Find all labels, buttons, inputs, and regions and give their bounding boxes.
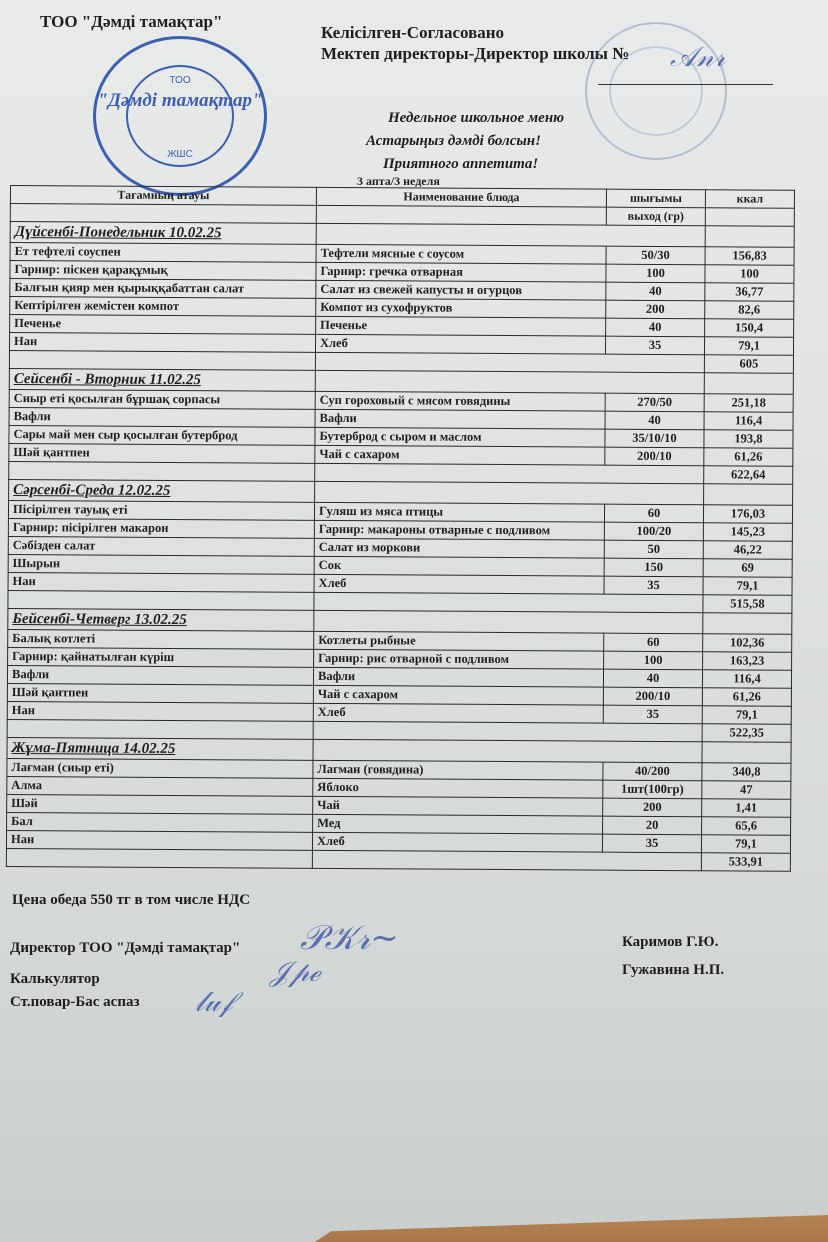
day-header-blank (316, 223, 705, 246)
total-blank (8, 590, 314, 610)
total-blank (6, 848, 312, 868)
dish-yield: 40 (605, 411, 704, 430)
total-blank (7, 719, 313, 739)
dish-kcal: 79,1 (704, 337, 793, 356)
dish-name-ru: Гарнир: гречка отварная (316, 262, 606, 282)
dish-kcal: 102,36 (703, 634, 792, 653)
dish-kcal: 116,4 (704, 412, 793, 431)
dish-name-ru: Бутерброд с сыром и маслом (315, 427, 605, 447)
calculator-signature-icon: 𝒥𝓅ℯ (270, 955, 320, 989)
wish-ru: Приятного аппетита! (383, 156, 538, 173)
dish-name-kz: Шәй қантпен (7, 683, 313, 703)
total-blank-2 (312, 850, 701, 870)
wish-kz: Астарыңыз дәмді болсын! (366, 133, 541, 150)
dish-name-kz: Нан (8, 572, 314, 592)
dish-name-kz: Шәй қантпен (9, 443, 315, 463)
column-header-kcal: ккал (705, 190, 794, 209)
dish-kcal: 46,22 (703, 541, 792, 560)
dish-kcal: 251,18 (704, 394, 793, 413)
dish-name-ru: Гарнир: рис отварной с подливом (314, 649, 604, 669)
day-total-kcal: 605 (704, 355, 793, 374)
dish-yield: 35/10/10 (605, 429, 704, 448)
dish-name-ru: Тефтели мясные с соусом (316, 244, 606, 264)
dish-name-kz: Гарнир: қайнатылған күріш (8, 647, 314, 667)
stamp-top-text: ТОО (96, 75, 264, 86)
total-blank-2 (315, 352, 704, 372)
dish-yield: 40/200 (603, 762, 702, 781)
signatory-role-director: Директор ТОО "Дәмді тамақтар" (10, 940, 240, 957)
dish-yield: 200 (603, 798, 702, 817)
dish-kcal: 100 (705, 265, 794, 284)
signatory-name-calculator: Гужавина Н.П. (622, 962, 724, 979)
day-title: Сейсенбі - Вторник 11.02.25 (9, 368, 315, 391)
dish-yield: 35 (603, 705, 702, 724)
dish-name-ru: Чай с сахаром (315, 445, 605, 465)
dish-kcal: 61,26 (702, 688, 791, 707)
dish-name-ru: Хлеб (312, 832, 602, 852)
dish-kcal: 116,4 (702, 670, 791, 689)
dish-kcal: 340,8 (702, 763, 791, 782)
dish-kcal: 163,23 (703, 652, 792, 671)
dish-yield: 200 (606, 300, 705, 319)
menu-title: Недельное школьное меню (388, 110, 564, 127)
dish-yield: 200/10 (605, 447, 704, 466)
dish-kcal: 193,8 (704, 430, 793, 449)
dish-name-kz: Нан (6, 830, 312, 850)
dish-name-kz: Сары май мен сыр қосылған бутерброд (9, 425, 315, 445)
dish-kcal: 145,23 (703, 523, 792, 542)
dish-name-ru: Суп гороховый с мясом говядины (315, 391, 605, 411)
total-blank-2 (314, 592, 703, 612)
dish-kcal: 36,77 (705, 283, 794, 302)
total-blank-2 (315, 463, 704, 483)
dish-yield: 40 (606, 318, 705, 337)
dish-name-ru: Хлеб (314, 574, 604, 594)
dish-name-ru: Гарнир: макароны отварные с подливом (314, 520, 604, 540)
dish-yield: 60 (604, 633, 703, 652)
dish-yield: 35 (605, 336, 704, 355)
dish-name-ru: Чай с сахаром (313, 685, 603, 705)
approval-block: Келісілген-Согласовано Мектеп директоры-… (321, 22, 629, 64)
column-header-name-kz: Тағамның атауы (10, 186, 316, 206)
day-total-kcal: 515,58 (703, 595, 792, 614)
signatory-name-director: Каримов Г.Ю. (622, 934, 718, 951)
dish-yield: 50 (604, 540, 703, 559)
day-header-kcal-blank (703, 613, 792, 635)
dish-name-ru: Печенье (316, 316, 606, 336)
dish-yield: 100 (606, 264, 705, 283)
column-header-yield-kz: шығымы (606, 189, 705, 208)
dish-name-ru: Хлеб (315, 334, 605, 354)
dish-kcal: 156,83 (705, 247, 794, 266)
dish-name-ru: Салат из моркови (314, 538, 604, 558)
dish-name-ru: Вафли (313, 667, 603, 687)
day-header-kcal-blank (704, 373, 793, 395)
agreed-label: Келісілген-Согласовано (321, 22, 629, 43)
dish-yield: 270/50 (605, 393, 704, 412)
dish-kcal: 61,26 (704, 448, 793, 467)
day-total-kcal: 522,35 (702, 724, 791, 743)
dish-name-kz: Нан (9, 333, 315, 353)
dish-name-kz: Ет тефтелі соуспен (10, 243, 316, 263)
school-director-signature-icon: 𝒜𝓃𝓇 (670, 40, 725, 74)
dish-yield: 100/20 (604, 522, 703, 541)
day-title: Дүйсенбі-Понедельник 10.02.25 (10, 222, 316, 245)
dish-name-kz: Шәй (7, 794, 313, 814)
stamp-name: "Дәмді тамақтар" (96, 91, 264, 111)
dish-yield: 35 (604, 576, 703, 595)
dish-yield: 20 (603, 816, 702, 835)
dish-kcal: 1,41 (702, 799, 791, 818)
column-header-yield-ru: выход (гр) (606, 207, 705, 226)
dish-yield: 40 (606, 282, 705, 301)
dish-name-kz: Балық котлеті (8, 629, 314, 649)
total-blank-2 (313, 721, 702, 741)
dish-name-ru: Компот из сухофруктов (316, 298, 606, 318)
dish-name-kz: Бал (7, 812, 313, 832)
day-header-blank (313, 739, 702, 762)
dish-name-ru: Чай (313, 796, 603, 816)
day-title: Жұма-Пятница 14.02.25 (7, 737, 313, 760)
dish-name-kz: Пісірілген тауық еті (8, 500, 314, 520)
dish-name-kz: Сәбізден салат (8, 536, 314, 556)
day-total-kcal: 622,64 (704, 466, 793, 485)
total-blank (9, 350, 315, 370)
dish-name-ru: Мед (313, 814, 603, 834)
day-header-blank (315, 370, 704, 393)
dish-yield: 100 (604, 651, 703, 670)
dish-yield: 200/10 (603, 687, 702, 706)
dish-name-kz: Вафли (9, 407, 315, 427)
dish-kcal: 150,4 (705, 319, 794, 338)
day-header-blank (314, 610, 703, 633)
dish-yield: 35 (602, 834, 701, 853)
signatory-role-calculator: Калькулятор (10, 971, 100, 988)
dish-kcal: 69 (703, 559, 792, 578)
dish-name-ru: Сок (314, 556, 604, 576)
wooden-table-edge (0, 1215, 828, 1242)
dish-name-ru: Хлеб (313, 703, 603, 723)
dish-name-kz: Гарнир: піскен қарақұмық (10, 261, 316, 281)
dish-name-kz: Лағман (сиыр еті) (7, 758, 313, 778)
dish-name-ru: Яблоко (313, 778, 603, 798)
dish-name-kz: Балғын қияр мен қырыққабаттан салат (10, 279, 316, 299)
day-header-kcal-blank (705, 226, 794, 248)
day-header-blank (315, 481, 704, 504)
dish-name-ru: Лагман (говядина) (313, 760, 603, 780)
signatory-role-chef: Ст.повар-Бас аспаз (10, 994, 140, 1011)
dish-kcal: 65,6 (702, 817, 791, 836)
dish-name-ru: Салат из свежей капусты и огурцов (316, 280, 606, 300)
dish-yield: 60 (604, 504, 703, 523)
day-total-kcal: 533,91 (701, 853, 790, 872)
dish-yield: 150 (604, 558, 703, 577)
dish-name-ru: Гуляш из мяса птицы (314, 502, 604, 522)
dish-name-kz: Шырын (8, 554, 314, 574)
column-header-name-ru: Наименование блюда (316, 187, 606, 207)
stamp-bottom-text: ЖШС (96, 149, 264, 160)
dish-name-ru: Вафли (315, 409, 605, 429)
dish-kcal: 79,1 (702, 706, 791, 725)
day-total-row: 533,91 (6, 848, 790, 871)
dish-name-kz: Печенье (10, 315, 316, 335)
company-stamp-icon: ТОО "Дәмді тамақтар" ЖШС (93, 36, 267, 196)
total-blank (9, 461, 315, 481)
dish-kcal: 79,1 (703, 577, 792, 596)
dish-kcal: 176,03 (703, 505, 792, 524)
dish-kcal: 82,6 (705, 301, 794, 320)
dish-name-kz: Сиыр еті қосылған бұршақ сорпасы (9, 389, 315, 409)
day-title: Бейсенбі-Четверг 13.02.25 (8, 608, 314, 631)
dish-yield: 50/30 (606, 246, 705, 265)
director-label: Мектеп директоры-Директор школы № (321, 43, 629, 64)
dish-yield: 1шт(100гр) (603, 780, 702, 799)
director-signature-icon: 𝒫𝒦𝓇~ (300, 918, 399, 958)
organization-title: ТОО "Дәмді тамақтар" (40, 12, 222, 32)
dish-name-kz: Нан (7, 701, 313, 721)
dish-kcal: 79,1 (701, 835, 790, 854)
dish-kcal: 47 (702, 781, 791, 800)
lunch-price: Цена обеда 550 тг в том числе НДС (12, 892, 250, 909)
day-header-kcal-blank (704, 484, 793, 506)
day-header-kcal-blank (702, 742, 791, 764)
dish-name-kz: Гарнир: пісірілген макарон (8, 518, 314, 538)
day-title: Сәрсенбі-Среда 12.02.25 (9, 479, 315, 502)
dish-yield: 40 (603, 669, 702, 688)
dish-name-kz: Алма (7, 776, 313, 796)
dish-name-ru: Котлеты рыбные (314, 631, 604, 651)
menu-document: ТОО "Дәмді тамақтар" ТОО "Дәмді тамақтар… (0, 0, 828, 1242)
dish-name-kz: Вафли (7, 665, 313, 685)
signature-line (598, 84, 773, 85)
menu-table: Тағамның атауы Наименование блюда шығымы… (6, 185, 795, 872)
dish-name-kz: Кептірілген жемістен компот (10, 297, 316, 317)
chef-signature-icon: 𝓁𝓊𝒻 (195, 985, 233, 1019)
